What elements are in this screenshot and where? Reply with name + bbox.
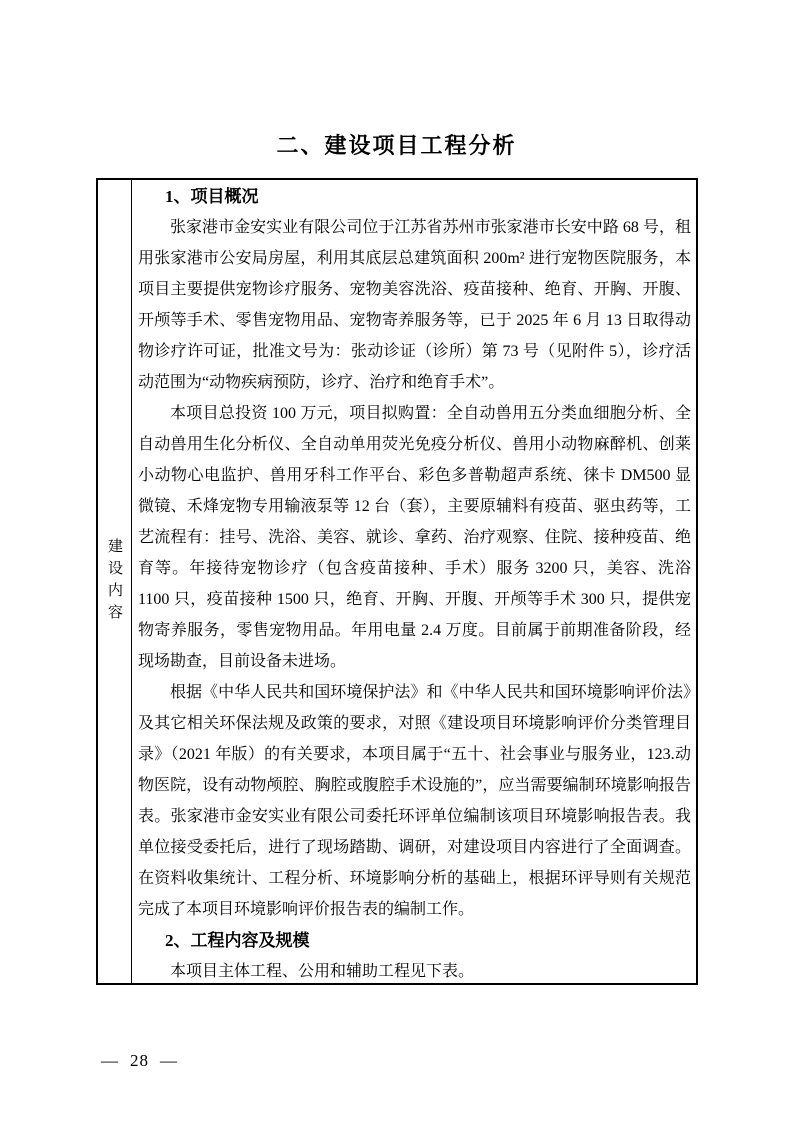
row-label-construction-content: 建设内容 xyxy=(104,538,125,626)
paragraph-regulatory-basis: 根据《中华人民共和国环境保护法》和《中华人民共和国环境影响评价法》及其它相关环保… xyxy=(138,677,691,925)
table-row-label-cell: 建设内容 xyxy=(98,180,132,983)
paragraph-engineering-table-note: 本项目主体工程、公用和辅助工程见下表。 xyxy=(138,956,691,983)
footer-dash-left: — xyxy=(101,1051,119,1071)
page-title: 二、建设项目工程分析 xyxy=(0,129,793,160)
document-page: 二、建设项目工程分析 建设内容 1、项目概况 张家港市金安实业有限公司位于江苏省… xyxy=(0,0,793,1122)
construction-content-table: 建设内容 1、项目概况 张家港市金安实业有限公司位于江苏省苏州市张家港市长安中路… xyxy=(96,178,698,985)
footer-dash-right: — xyxy=(160,1051,178,1071)
section-heading-project-scale: 2、工程内容及规模 xyxy=(138,925,691,956)
page-footer: — 28 — xyxy=(101,1051,178,1071)
paragraph-company-location: 张家港市金安实业有限公司位于江苏省苏州市张家港市长安中路 68 号，租用张家港市… xyxy=(138,212,691,398)
table-content-cell: 1、项目概况 张家港市金安实业有限公司位于江苏省苏州市张家港市长安中路 68 号… xyxy=(132,180,696,983)
page-number: 28 xyxy=(130,1051,149,1071)
paragraph-investment-equipment: 本项目总投资 100 万元，项目拟购置：全自动兽用五分类血细胞分析、全自动兽用生… xyxy=(138,398,691,677)
section-heading-project-overview: 1、项目概况 xyxy=(138,181,691,212)
